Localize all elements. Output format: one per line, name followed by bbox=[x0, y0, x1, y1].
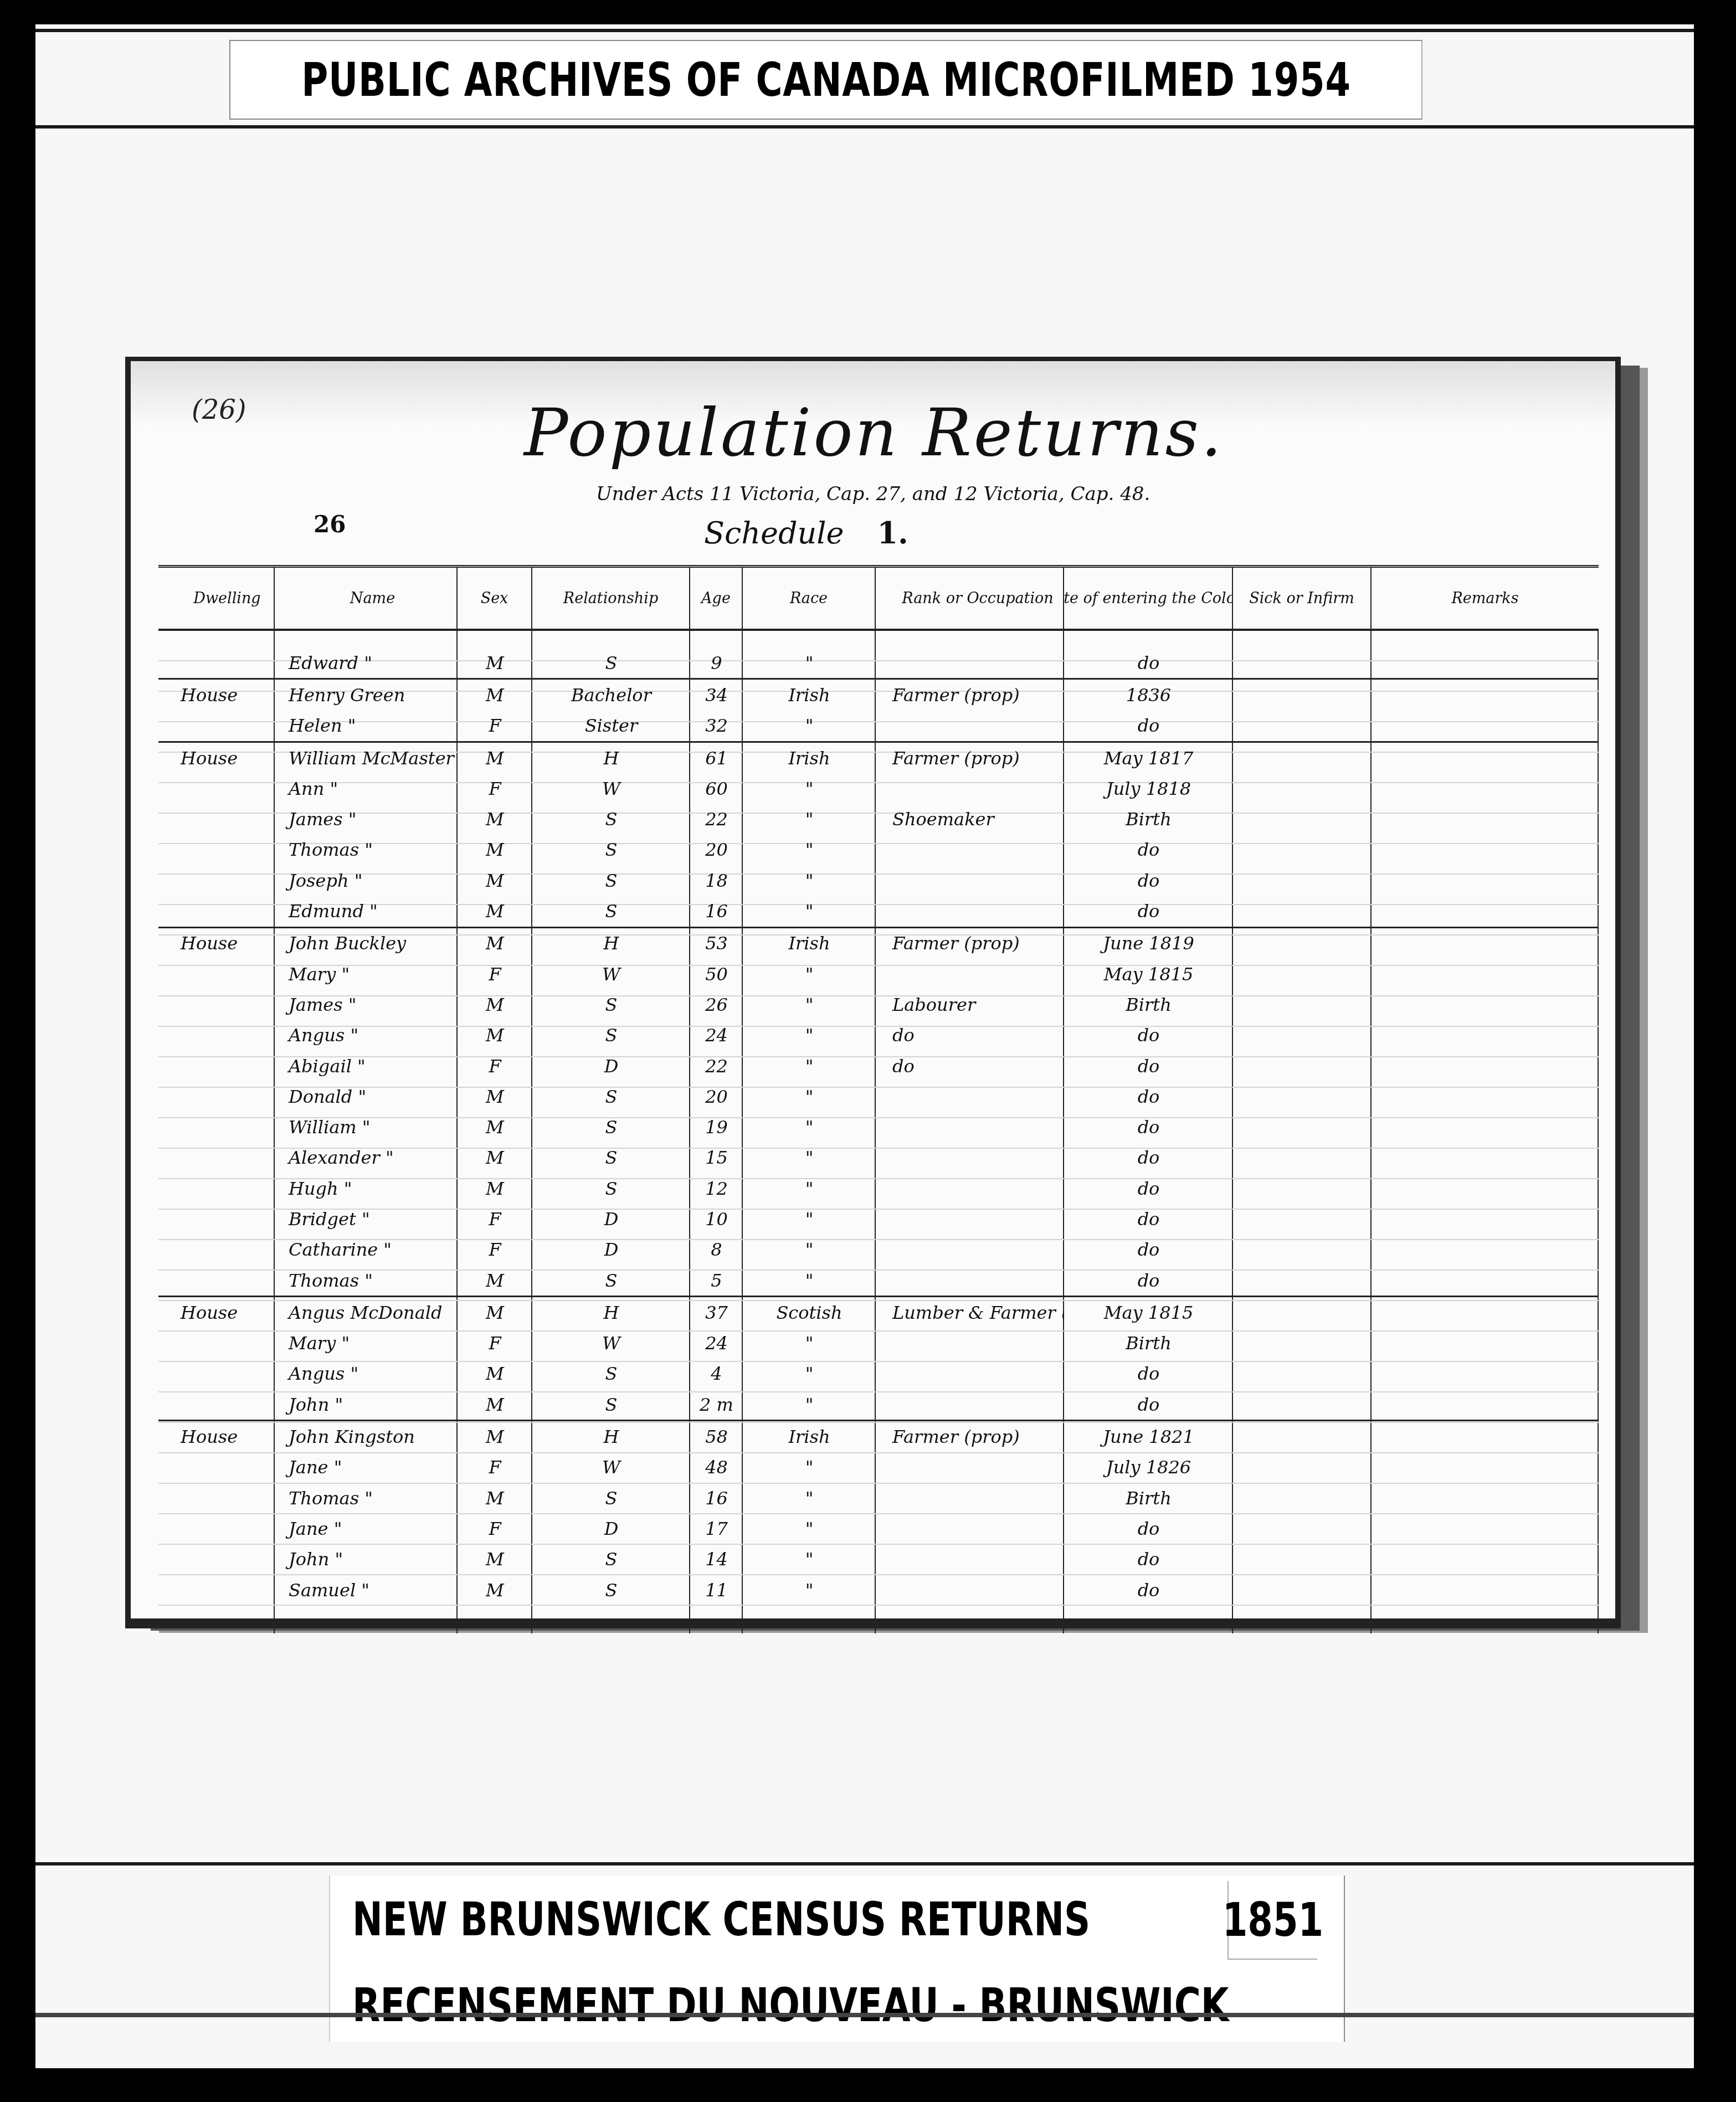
sex-cell: F bbox=[458, 1056, 532, 1077]
name-cell: James " bbox=[275, 994, 458, 1015]
table-row: Angus "MS24"dodo bbox=[158, 1020, 1599, 1051]
page-reference: (26) bbox=[192, 394, 246, 425]
age-cell: 5 bbox=[690, 1270, 743, 1291]
ledger-subtitle: Under Acts 11 Victoria, Cap. 27, and 12 … bbox=[596, 483, 1150, 505]
date-entering-cell: do bbox=[1064, 1394, 1233, 1415]
schedule-label: Schedule1. bbox=[704, 515, 908, 551]
sex-cell: F bbox=[458, 1209, 532, 1230]
table-row: Bridget "FD10"do bbox=[158, 1204, 1599, 1234]
occupation-cell: Lumber & Farmer (prop) bbox=[876, 1302, 1064, 1323]
age-cell: 24 bbox=[690, 1333, 743, 1354]
name-cell: John " bbox=[275, 1394, 458, 1415]
relationship-cell: D bbox=[532, 1209, 690, 1230]
date-entering-cell: do bbox=[1064, 1178, 1233, 1199]
race-cell: Scotish bbox=[743, 1302, 876, 1323]
relationship-cell: S bbox=[532, 1025, 690, 1046]
name-cell: Helen " bbox=[275, 715, 458, 736]
table-row: Thomas "MS16"Birth bbox=[158, 1483, 1599, 1513]
header-age: Age bbox=[690, 568, 743, 629]
sex-cell: F bbox=[458, 1518, 532, 1539]
page-number: 26 bbox=[314, 511, 346, 538]
relationship-cell: W bbox=[532, 1333, 690, 1354]
age-cell: 22 bbox=[690, 1056, 743, 1077]
race-cell: " bbox=[743, 1394, 876, 1415]
relationship-cell: S bbox=[532, 1549, 690, 1570]
header-relationship: Relationship bbox=[532, 568, 690, 629]
sex-cell: M bbox=[458, 1302, 532, 1323]
table-row: Abigail "FD22"dodo bbox=[158, 1051, 1599, 1081]
age-cell: 9 bbox=[690, 652, 743, 674]
race-cell: Irish bbox=[743, 685, 876, 706]
top-rule bbox=[35, 29, 1694, 32]
archive-banner: PUBLIC ARCHIVES OF CANADA MICROFILMED 19… bbox=[229, 40, 1422, 120]
table-row: Mary "FW50"May 1815 bbox=[158, 959, 1599, 989]
table-row: John "MS14"do bbox=[158, 1544, 1599, 1575]
table-row: Edmund "MS16"do bbox=[158, 896, 1599, 928]
table-row: Jane "FW48"July 1826 bbox=[158, 1452, 1599, 1483]
age-cell: 16 bbox=[690, 901, 743, 922]
table-row: Donald "MS20"do bbox=[158, 1081, 1599, 1112]
table-row: HouseAngus McDonaldMH37ScotishLumber & F… bbox=[158, 1297, 1599, 1328]
relationship-cell: S bbox=[532, 1363, 690, 1384]
date-entering-cell: Birth bbox=[1064, 809, 1233, 830]
name-cell: Henry Green bbox=[275, 685, 458, 706]
sex-cell: F bbox=[458, 715, 532, 736]
sex-cell: M bbox=[458, 652, 532, 674]
race-cell: Irish bbox=[743, 1426, 876, 1447]
age-cell: 22 bbox=[690, 809, 743, 830]
date-entering-cell: do bbox=[1064, 1549, 1233, 1570]
name-cell: Donald " bbox=[275, 1086, 458, 1107]
sex-cell: M bbox=[458, 994, 532, 1015]
table-row: Thomas "MS5"do bbox=[158, 1265, 1599, 1297]
relationship-cell: Sister bbox=[532, 715, 690, 736]
age-cell: 53 bbox=[690, 933, 743, 954]
name-cell: Jane " bbox=[275, 1457, 458, 1478]
sex-cell: F bbox=[458, 778, 532, 799]
occupation-cell: Labourer bbox=[876, 994, 1064, 1015]
table-row: Helen "FSister32"do bbox=[158, 711, 1599, 743]
table-row: Catharine "FD8"do bbox=[158, 1235, 1599, 1265]
sex-cell: M bbox=[458, 1363, 532, 1384]
census-banner-english: NEW BRUNSWICK CENSUS RETURNS bbox=[352, 1892, 1090, 1946]
race-cell: " bbox=[743, 1518, 876, 1539]
table-row: Jane "FD17"do bbox=[158, 1513, 1599, 1544]
sex-cell: M bbox=[458, 809, 532, 830]
name-cell: William " bbox=[275, 1117, 458, 1138]
age-cell: 48 bbox=[690, 1457, 743, 1478]
table-row: Edward "MS9"do bbox=[158, 647, 1599, 680]
header-sex: Sex bbox=[458, 568, 532, 629]
header-date-entering: Date of entering the Colony bbox=[1064, 568, 1233, 629]
age-cell: 14 bbox=[690, 1549, 743, 1570]
date-entering-cell: do bbox=[1064, 652, 1233, 674]
sex-cell: M bbox=[458, 1580, 532, 1601]
table-row: HouseWilliam McMasterMH61IrishFarmer (pr… bbox=[158, 743, 1599, 773]
sex-cell: M bbox=[458, 685, 532, 706]
name-cell: Angus " bbox=[275, 1025, 458, 1046]
sex-cell: M bbox=[458, 839, 532, 860]
name-cell: Bridget " bbox=[275, 1209, 458, 1230]
table-row: HouseHenry GreenMBachelor34IrishFarmer (… bbox=[158, 680, 1599, 710]
age-cell: 12 bbox=[690, 1178, 743, 1199]
relationship-cell: S bbox=[532, 1178, 690, 1199]
age-cell: 32 bbox=[690, 715, 743, 736]
name-cell: Catharine " bbox=[275, 1239, 458, 1260]
dwelling-cell: House bbox=[158, 1426, 275, 1447]
race-cell: " bbox=[743, 1488, 876, 1509]
name-cell: Jane " bbox=[275, 1518, 458, 1539]
bottom-rule bbox=[35, 1862, 1694, 1865]
relationship-cell: W bbox=[532, 1457, 690, 1478]
dwelling-cell: House bbox=[158, 748, 275, 769]
race-cell: " bbox=[743, 994, 876, 1015]
age-cell: 4 bbox=[690, 1363, 743, 1384]
age-cell: 18 bbox=[690, 870, 743, 891]
schedule-number: 1. bbox=[877, 515, 908, 551]
name-cell: Angus " bbox=[275, 1363, 458, 1384]
census-ledger-page: (26) 26 Population Returns. Under Acts 1… bbox=[125, 357, 1621, 1628]
relationship-cell: S bbox=[532, 652, 690, 674]
occupation-cell: Farmer (prop) bbox=[876, 1426, 1064, 1447]
relationship-cell: H bbox=[532, 933, 690, 954]
header-name: Name bbox=[275, 568, 458, 629]
table-row: Hugh "MS12"do bbox=[158, 1173, 1599, 1204]
table-header: Dwelling Name Sex Relationship Age Race … bbox=[158, 565, 1599, 631]
sex-cell: M bbox=[458, 933, 532, 954]
relationship-cell: W bbox=[532, 778, 690, 799]
race-cell: " bbox=[743, 1117, 876, 1138]
name-cell: Abigail " bbox=[275, 1056, 458, 1077]
age-cell: 24 bbox=[690, 1025, 743, 1046]
race-cell: " bbox=[743, 1457, 876, 1478]
sex-cell: M bbox=[458, 1270, 532, 1291]
age-cell: 11 bbox=[690, 1580, 743, 1601]
race-cell: Irish bbox=[743, 748, 876, 769]
relationship-cell: S bbox=[532, 1147, 690, 1168]
archive-banner-text: PUBLIC ARCHIVES OF CANADA MICROFILMED 19… bbox=[301, 53, 1351, 107]
date-entering-cell: do bbox=[1064, 1239, 1233, 1260]
name-cell: James " bbox=[275, 809, 458, 830]
table-rows: Edward "MS9"doHouseHenry GreenMBachelor3… bbox=[158, 647, 1599, 1605]
age-cell: 58 bbox=[690, 1426, 743, 1447]
date-entering-cell: do bbox=[1064, 1025, 1233, 1046]
table-row: Samuel "MS11"do bbox=[158, 1575, 1599, 1605]
table-row: Alexander "MS15"do bbox=[158, 1143, 1599, 1173]
date-entering-cell: July 1818 bbox=[1064, 778, 1233, 799]
census-table: Dwelling Name Sex Relationship Age Race … bbox=[158, 565, 1599, 1633]
table-row: Ann "FW60"July 1818 bbox=[158, 773, 1599, 804]
header-race: Race bbox=[743, 568, 876, 629]
occupation-cell: Farmer (prop) bbox=[876, 933, 1064, 954]
sex-cell: F bbox=[458, 964, 532, 985]
date-entering-cell: June 1821 bbox=[1064, 1426, 1233, 1447]
name-cell: Hugh " bbox=[275, 1178, 458, 1199]
race-cell: " bbox=[743, 1363, 876, 1384]
relationship-cell: S bbox=[532, 1117, 690, 1138]
age-cell: 10 bbox=[690, 1209, 743, 1230]
relationship-cell: H bbox=[532, 1426, 690, 1447]
census-year-box: 1851 bbox=[1227, 1881, 1317, 1960]
race-cell: " bbox=[743, 778, 876, 799]
date-entering-cell: do bbox=[1064, 870, 1233, 891]
census-year: 1851 bbox=[1223, 1893, 1323, 1947]
date-entering-cell: do bbox=[1064, 715, 1233, 736]
race-cell: Irish bbox=[743, 933, 876, 954]
date-entering-cell: do bbox=[1064, 1580, 1233, 1601]
sex-cell: F bbox=[458, 1239, 532, 1260]
age-cell: 2 m bbox=[690, 1394, 743, 1415]
date-entering-cell: do bbox=[1064, 839, 1233, 860]
header-dwelling: Dwelling bbox=[158, 568, 275, 629]
sex-cell: M bbox=[458, 1549, 532, 1570]
date-entering-cell: May 1815 bbox=[1064, 964, 1233, 985]
sex-cell: M bbox=[458, 901, 532, 922]
date-entering-cell: June 1819 bbox=[1064, 933, 1233, 954]
date-entering-cell: do bbox=[1064, 1363, 1233, 1384]
date-entering-cell: do bbox=[1064, 1209, 1233, 1230]
table-row: HouseJohn KingstonMH58IrishFarmer (prop)… bbox=[158, 1421, 1599, 1452]
race-cell: " bbox=[743, 1333, 876, 1354]
occupation-cell: Farmer (prop) bbox=[876, 748, 1064, 769]
name-cell: Mary " bbox=[275, 964, 458, 985]
sex-cell: M bbox=[458, 1086, 532, 1107]
relationship-cell: S bbox=[532, 901, 690, 922]
race-cell: " bbox=[743, 1549, 876, 1570]
ledger-title: Population Returns. bbox=[524, 394, 1224, 471]
sex-cell: M bbox=[458, 1394, 532, 1415]
dwelling-cell: House bbox=[158, 933, 275, 954]
table-row: Thomas "MS20"do bbox=[158, 835, 1599, 865]
age-cell: 19 bbox=[690, 1117, 743, 1138]
relationship-cell: S bbox=[532, 1580, 690, 1601]
date-entering-cell: July 1826 bbox=[1064, 1457, 1233, 1478]
sex-cell: M bbox=[458, 870, 532, 891]
race-cell: " bbox=[743, 715, 876, 736]
dwelling-cell: House bbox=[158, 685, 275, 706]
microfilm-frame: PUBLIC ARCHIVES OF CANADA MICROFILMED 19… bbox=[35, 24, 1694, 2068]
race-cell: " bbox=[743, 1178, 876, 1199]
age-cell: 60 bbox=[690, 778, 743, 799]
name-cell: Alexander " bbox=[275, 1147, 458, 1168]
date-entering-cell: do bbox=[1064, 901, 1233, 922]
age-cell: 8 bbox=[690, 1239, 743, 1260]
race-cell: " bbox=[743, 839, 876, 860]
date-entering-cell: Birth bbox=[1064, 1488, 1233, 1509]
bottom-border bbox=[35, 2013, 1694, 2017]
relationship-cell: S bbox=[532, 994, 690, 1015]
table-row: William "MS19"do bbox=[158, 1112, 1599, 1142]
table-row: Mary "FW24"Birth bbox=[158, 1328, 1599, 1359]
relationship-cell: S bbox=[532, 1270, 690, 1291]
race-cell: " bbox=[743, 901, 876, 922]
relationship-cell: S bbox=[532, 809, 690, 830]
date-entering-cell: do bbox=[1064, 1056, 1233, 1077]
race-cell: " bbox=[743, 1025, 876, 1046]
occupation-cell: Shoemaker bbox=[876, 809, 1064, 830]
sex-cell: M bbox=[458, 1488, 532, 1509]
race-cell: " bbox=[743, 652, 876, 674]
banner-divider bbox=[35, 125, 1694, 129]
age-cell: 20 bbox=[690, 1086, 743, 1107]
date-entering-cell: 1836 bbox=[1064, 685, 1233, 706]
table-row: John "MS2 m"do bbox=[158, 1389, 1599, 1421]
date-entering-cell: Birth bbox=[1064, 994, 1233, 1015]
sex-cell: M bbox=[458, 1025, 532, 1046]
date-entering-cell: do bbox=[1064, 1086, 1233, 1107]
relationship-cell: S bbox=[532, 1086, 690, 1107]
race-cell: " bbox=[743, 1209, 876, 1230]
date-entering-cell: May 1815 bbox=[1064, 1302, 1233, 1323]
age-cell: 26 bbox=[690, 994, 743, 1015]
sex-cell: M bbox=[458, 1147, 532, 1168]
name-cell: Thomas " bbox=[275, 1270, 458, 1291]
header-remarks: Remarks bbox=[1372, 568, 1599, 629]
date-entering-cell: do bbox=[1064, 1270, 1233, 1291]
date-entering-cell: do bbox=[1064, 1147, 1233, 1168]
race-cell: " bbox=[743, 1056, 876, 1077]
race-cell: " bbox=[743, 1270, 876, 1291]
occupation-cell: Farmer (prop) bbox=[876, 685, 1064, 706]
race-cell: " bbox=[743, 1239, 876, 1260]
race-cell: " bbox=[743, 1086, 876, 1107]
name-cell: Thomas " bbox=[275, 1488, 458, 1509]
relationship-cell: H bbox=[532, 748, 690, 769]
age-cell: 20 bbox=[690, 839, 743, 860]
date-entering-cell: do bbox=[1064, 1117, 1233, 1138]
name-cell: John Buckley bbox=[275, 933, 458, 954]
name-cell: William McMaster bbox=[275, 748, 458, 769]
table-body: Edward "MS9"doHouseHenry GreenMBachelor3… bbox=[158, 631, 1599, 1633]
age-cell: 34 bbox=[690, 685, 743, 706]
name-cell: John Kingston bbox=[275, 1426, 458, 1447]
name-cell: Edward " bbox=[275, 652, 458, 674]
race-cell: " bbox=[743, 870, 876, 891]
occupation-cell: do bbox=[876, 1025, 1064, 1046]
age-cell: 61 bbox=[690, 748, 743, 769]
name-cell: Samuel " bbox=[275, 1580, 458, 1601]
age-cell: 15 bbox=[690, 1147, 743, 1168]
table-row: HouseJohn BuckleyMH53IrishFarmer (prop)J… bbox=[158, 928, 1599, 959]
table-row: Angus "MS4"do bbox=[158, 1359, 1599, 1389]
table-row: Joseph "MS18"do bbox=[158, 865, 1599, 896]
relationship-cell: W bbox=[532, 964, 690, 985]
sex-cell: F bbox=[458, 1457, 532, 1478]
name-cell: John " bbox=[275, 1549, 458, 1570]
relationship-cell: D bbox=[532, 1239, 690, 1260]
date-entering-cell: May 1817 bbox=[1064, 748, 1233, 769]
race-cell: " bbox=[743, 1580, 876, 1601]
census-banner-french: RECENSEMENT DU NOUVEAU - BRUNSWICK bbox=[352, 1978, 1229, 2032]
relationship-cell: S bbox=[532, 1394, 690, 1415]
relationship-cell: Bachelor bbox=[532, 685, 690, 706]
table-row: James "MS22"ShoemakerBirth bbox=[158, 804, 1599, 834]
age-cell: 17 bbox=[690, 1518, 743, 1539]
name-cell: Thomas " bbox=[275, 839, 458, 860]
name-cell: Mary " bbox=[275, 1333, 458, 1354]
name-cell: Angus McDonald bbox=[275, 1302, 458, 1323]
race-cell: " bbox=[743, 1147, 876, 1168]
table-row: James "MS26"LabourerBirth bbox=[158, 989, 1599, 1020]
occupation-cell: do bbox=[876, 1056, 1064, 1077]
relationship-cell: D bbox=[532, 1518, 690, 1539]
sex-cell: M bbox=[458, 1178, 532, 1199]
race-cell: " bbox=[743, 964, 876, 985]
schedule-text: Schedule bbox=[704, 516, 844, 551]
name-cell: Edmund " bbox=[275, 901, 458, 922]
sex-cell: F bbox=[458, 1333, 532, 1354]
sex-cell: M bbox=[458, 1426, 532, 1447]
age-cell: 37 bbox=[690, 1302, 743, 1323]
name-cell: Joseph " bbox=[275, 870, 458, 891]
relationship-cell: D bbox=[532, 1056, 690, 1077]
header-sick: Sick or Infirm bbox=[1233, 568, 1372, 629]
age-cell: 50 bbox=[690, 964, 743, 985]
header-occupation: Rank or Occupation bbox=[876, 568, 1064, 629]
dwelling-cell: House bbox=[158, 1302, 275, 1323]
race-cell: " bbox=[743, 809, 876, 830]
sex-cell: M bbox=[458, 1117, 532, 1138]
relationship-cell: S bbox=[532, 1488, 690, 1509]
age-cell: 16 bbox=[690, 1488, 743, 1509]
sex-cell: M bbox=[458, 748, 532, 769]
relationship-cell: S bbox=[532, 870, 690, 891]
relationship-cell: H bbox=[532, 1302, 690, 1323]
date-entering-cell: Birth bbox=[1064, 1333, 1233, 1354]
relationship-cell: S bbox=[532, 839, 690, 860]
date-entering-cell: do bbox=[1064, 1518, 1233, 1539]
name-cell: Ann " bbox=[275, 778, 458, 799]
